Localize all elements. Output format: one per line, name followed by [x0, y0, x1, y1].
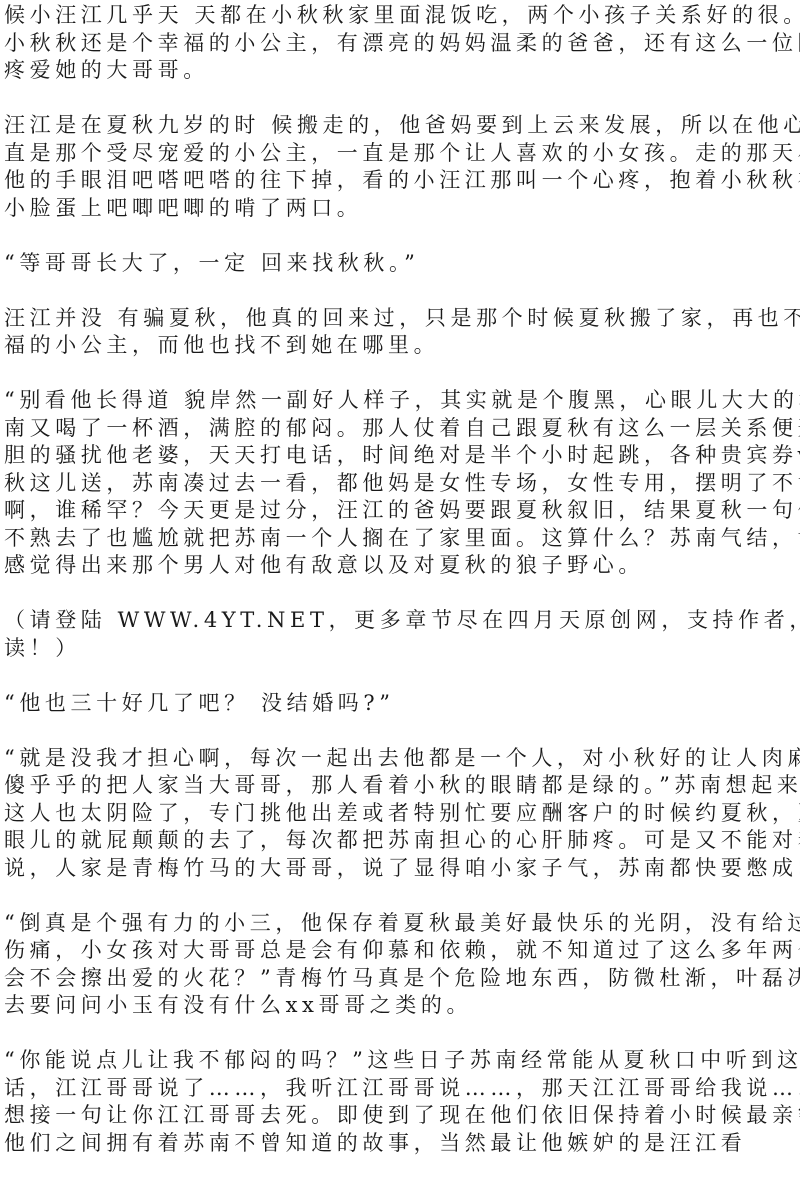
- document-page: 候小汪江几乎天 天都在小秋秋家里面混饭吃，两个小孩子关系好的很。那个时候 小秋秋…: [4, 2, 800, 1185]
- text-line: “就是没我才担心啊，每次一起出去他都是一个人，对小秋好的让人肉麻，小秋还: [4, 745, 800, 773]
- text-line: 想接一句让你江江哥哥去死。即使到了现在他们依旧保持着小时候最亲密的称呼，: [4, 1102, 800, 1130]
- text-line: 感觉得出来那个男人对他有敌意以及对夏秋的狼子野心。: [4, 552, 800, 580]
- text-line: 伤痛，小女孩对大哥哥总是会有仰慕和依赖，就不知道过了这么多年两个人再见面: [4, 937, 800, 965]
- text-line: （请登陆 WWW.4YT.NET，更多章节尽在四月天原创网，支持作者，支持正版阅: [4, 607, 800, 635]
- paragraph-8: “就是没我才担心啊，每次一起出去他都是一个人，对小秋好的让人肉麻，小秋还 傻乎乎…: [4, 745, 800, 883]
- paragraph-5: “别看他长得道 貌岸然一副好人样子，其实就是个腹黑，心眼儿大大的坏！”苏 南又喝…: [4, 387, 800, 580]
- text-line: 眼儿的就屁颠颠的去了，每次都把苏南担心的心肝肺疼。可是又不能对着夏秋明: [4, 827, 800, 855]
- paragraph-6-site-notice: （请登陆 WWW.4YT.NET，更多章节尽在四月天原创网，支持作者，支持正版阅…: [4, 607, 800, 662]
- text-line: 啊，谁稀罕？今天更是过分，汪江的爸妈要跟夏秋叙旧，结果夏秋一句你跟大家都: [4, 497, 800, 525]
- paragraph-1: 候小汪江几乎天 天都在小秋秋家里面混饭吃，两个小孩子关系好的很。那个时候 小秋秋…: [4, 2, 800, 85]
- text-line: 胆的骚扰他老婆，天天打电话，时间绝对是半个小时起跳，各种贵宾券vip券都往夏: [4, 442, 800, 470]
- text-line: 汪江是在夏秋九岁的时 候搬走的，他爸妈要到上云来发展，所以在他心中夏秋一: [4, 112, 800, 140]
- text-line: 疼爱她的大哥哥。: [4, 57, 800, 85]
- paragraph-3-quote: “等哥哥长大了，一定 回来找秋秋。”: [4, 250, 800, 278]
- text-line: 小秋秋还是个幸福的小公主，有漂亮的妈妈温柔的爸爸，还有这么一位随时保护她: [4, 30, 800, 58]
- text-line: 话，江江哥哥说了……，我听江江哥哥说……，那天江江哥哥给我说……，苏南好: [4, 1075, 800, 1103]
- text-line: 傻乎乎的把人家当大哥哥，那人看着小秋的眼睛都是绿的。”苏南想起来就生气，: [4, 772, 800, 800]
- text-line: 去要问问小玉有没有什么xx哥哥之类的。: [4, 992, 800, 1020]
- text-line: “等哥哥长大了，一定 回来找秋秋。”: [4, 250, 800, 278]
- text-line: “你能说点儿让我不郁闷的吗？”这些日子苏南经常能从夏秋口中听到这样开头的: [4, 1047, 800, 1075]
- paragraph-4: 汪江并没 有骗夏秋，他真的回来过，只是那个时候夏秋搬了家，再也不是那个幸 福的小…: [4, 305, 800, 360]
- text-line: 不熟去了也尴尬就把苏南一个人搁在了家里面。这算什么？苏南气结，说实话他能: [4, 525, 800, 553]
- text-line: 说，人家是青梅竹马的大哥哥，说了显得咱小家子气，苏南都快要憋成内伤了。: [4, 855, 800, 883]
- paragraph-7-quote: “他也三十好几了吧？ 没结婚吗?”: [4, 690, 800, 718]
- text-line: 汪江并没 有骗夏秋，他真的回来过，只是那个时候夏秋搬了家，再也不是那个幸: [4, 305, 800, 333]
- text-line: 直是那个受尽宠爱的小公主，一直是那个让人喜欢的小女孩。走的那天小秋秋拉着: [4, 140, 800, 168]
- paragraph-10: “你能说点儿让我不郁闷的吗？”这些日子苏南经常能从夏秋口中听到这样开头的 话，江…: [4, 1047, 800, 1157]
- text-line: 他们之间拥有着苏南不曾知道的故事，当然最让他嫉妒的是汪江看: [4, 1130, 800, 1158]
- text-line: “别看他长得道 貌岸然一副好人样子，其实就是个腹黑，心眼儿大大的坏！”苏: [4, 387, 800, 415]
- text-line: 这人也太阴险了，专门挑他出差或者特别忙要应酬客户的时候约夏秋，夏秋个没心: [4, 800, 800, 828]
- text-line: 候小汪江几乎天 天都在小秋秋家里面混饭吃，两个小孩子关系好的很。那个时候: [4, 2, 800, 30]
- paragraph-9: “倒真是个强有力的小三，他保存着夏秋最美好最快乐的光阴，没有给过夏秋任何 伤痛，…: [4, 910, 800, 1020]
- text-line: 会不会擦出爱的火花？”青梅竹马真是个危险地东西，防微杜渐，叶磊决定晚上回: [4, 965, 800, 993]
- text-line: 他的手眼泪吧嗒吧嗒的往下掉，看的小汪江那叫一个心疼，抱着小秋秋在那粉嫩的: [4, 167, 800, 195]
- text-line: 读！）: [4, 635, 800, 663]
- paragraph-2: 汪江是在夏秋九岁的时 候搬走的，他爸妈要到上云来发展，所以在他心中夏秋一 直是那…: [4, 112, 800, 222]
- text-line: 秋这儿送，苏南凑过去一看，都他妈是女性专场，女性专用，摆明了不让他跟着: [4, 470, 800, 498]
- text-line: “倒真是个强有力的小三，他保存着夏秋最美好最快乐的光阴，没有给过夏秋任何: [4, 910, 800, 938]
- text-line: 福的小公主，而他也找不到她在哪里。: [4, 332, 800, 360]
- text-line: 小脸蛋上吧唧吧唧的啃了两口。: [4, 195, 800, 223]
- text-line: 南又喝了一杯酒，满腔的郁闷。那人仗着自己跟夏秋有这么一层关系便开始明目张: [4, 415, 800, 443]
- text-line: “他也三十好几了吧？ 没结婚吗?”: [4, 690, 800, 718]
